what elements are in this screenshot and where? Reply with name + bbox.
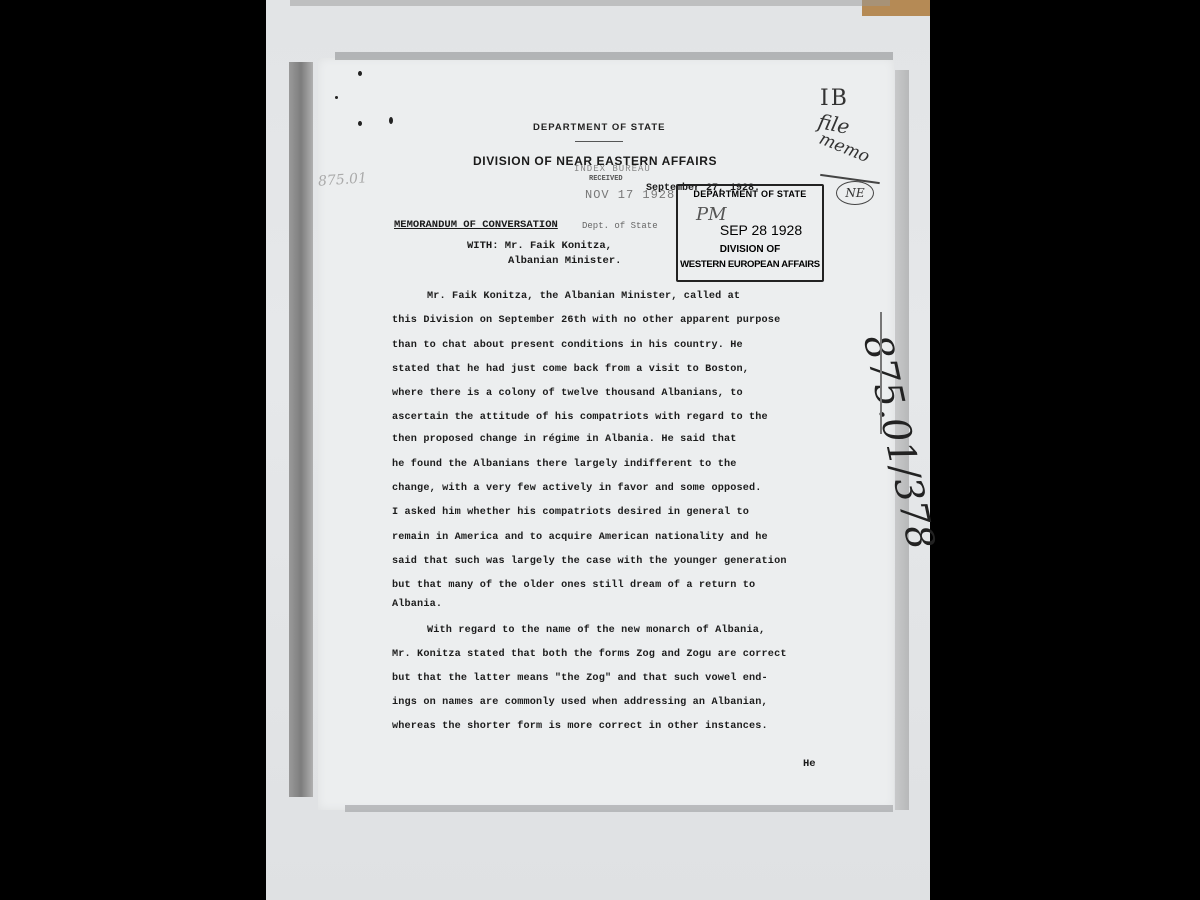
body-line: this Division on September 26th with no … (392, 315, 780, 326)
index-stamp: INDEX BUREAU (574, 164, 651, 174)
body-line: but that many of the older ones still dr… (392, 580, 755, 591)
handwritten-ne-circle: NE (836, 181, 874, 205)
body-line: With regard to the name of the new monar… (427, 625, 765, 636)
body-line: I asked him whether his compatriots desi… (392, 507, 749, 518)
handwritten-ib: IB (820, 86, 849, 111)
division-stamp-header: DEPARTMENT OF STATE (678, 189, 822, 199)
punch-mark (358, 121, 362, 126)
division-stamp-line-1: DIVISION OF (678, 244, 822, 255)
page-top-edge (335, 52, 893, 60)
received-stamp-label: RECEIVED (589, 175, 623, 183)
division-stamp-date: SEP 28 1928 (678, 222, 822, 238)
body-line: than to chat about present conditions in… (392, 340, 743, 351)
body-line: ings on names are commonly used when add… (392, 697, 768, 708)
page-bottom-edge (345, 805, 893, 812)
punch-mark (389, 117, 393, 124)
body-line: Mr. Konitza stated that both the forms Z… (392, 649, 787, 660)
letterhead-rule (575, 141, 623, 142)
body-line: Mr. Faik Konitza, the Albanian Minister,… (427, 291, 740, 302)
body-line: but that the latter means "the Zog" and … (392, 673, 768, 684)
handwritten-left-reference: 875.01 (318, 170, 368, 189)
memo-with-line-2: Albanian Minister. (508, 255, 621, 267)
body-line: Albania. (392, 599, 442, 610)
body-line: stated that he had just come back from a… (392, 364, 749, 375)
page-binding-shadow (289, 62, 313, 797)
margin-line (880, 312, 882, 434)
body-line: then proposed change in régime in Albani… (392, 434, 737, 445)
punch-mark (358, 71, 362, 76)
division-stamp: DEPARTMENT OF STATE PM SEP 28 1928 DIVIS… (676, 184, 824, 282)
body-line: he found the Albanians there largely ind… (392, 459, 737, 470)
continuation-word: He (803, 758, 816, 770)
memo-title: MEMORANDUM OF CONVERSATION (394, 219, 558, 231)
body-line: change, with a very few actively in favo… (392, 483, 762, 494)
memo-with-line-1: WITH: Mr. Faik Konitza, (467, 240, 612, 252)
sheet-shadow (290, 0, 890, 6)
body-line: said that such was largely the case with… (392, 556, 787, 567)
division-stamp-line-2: WESTERN EUROPEAN AFFAIRS (678, 259, 822, 270)
body-line: ascertain the attitude of his compatriot… (392, 412, 768, 423)
punch-mark (335, 96, 338, 99)
body-line: whereas the shorter form is more correct… (392, 721, 768, 732)
body-line: remain in America and to acquire America… (392, 532, 768, 543)
letterhead-department: DEPARTMENT OF STATE (533, 122, 665, 133)
body-line: where there is a colony of twelve thousa… (392, 388, 743, 399)
received-stamp-dept: Dept. of State (582, 221, 658, 231)
